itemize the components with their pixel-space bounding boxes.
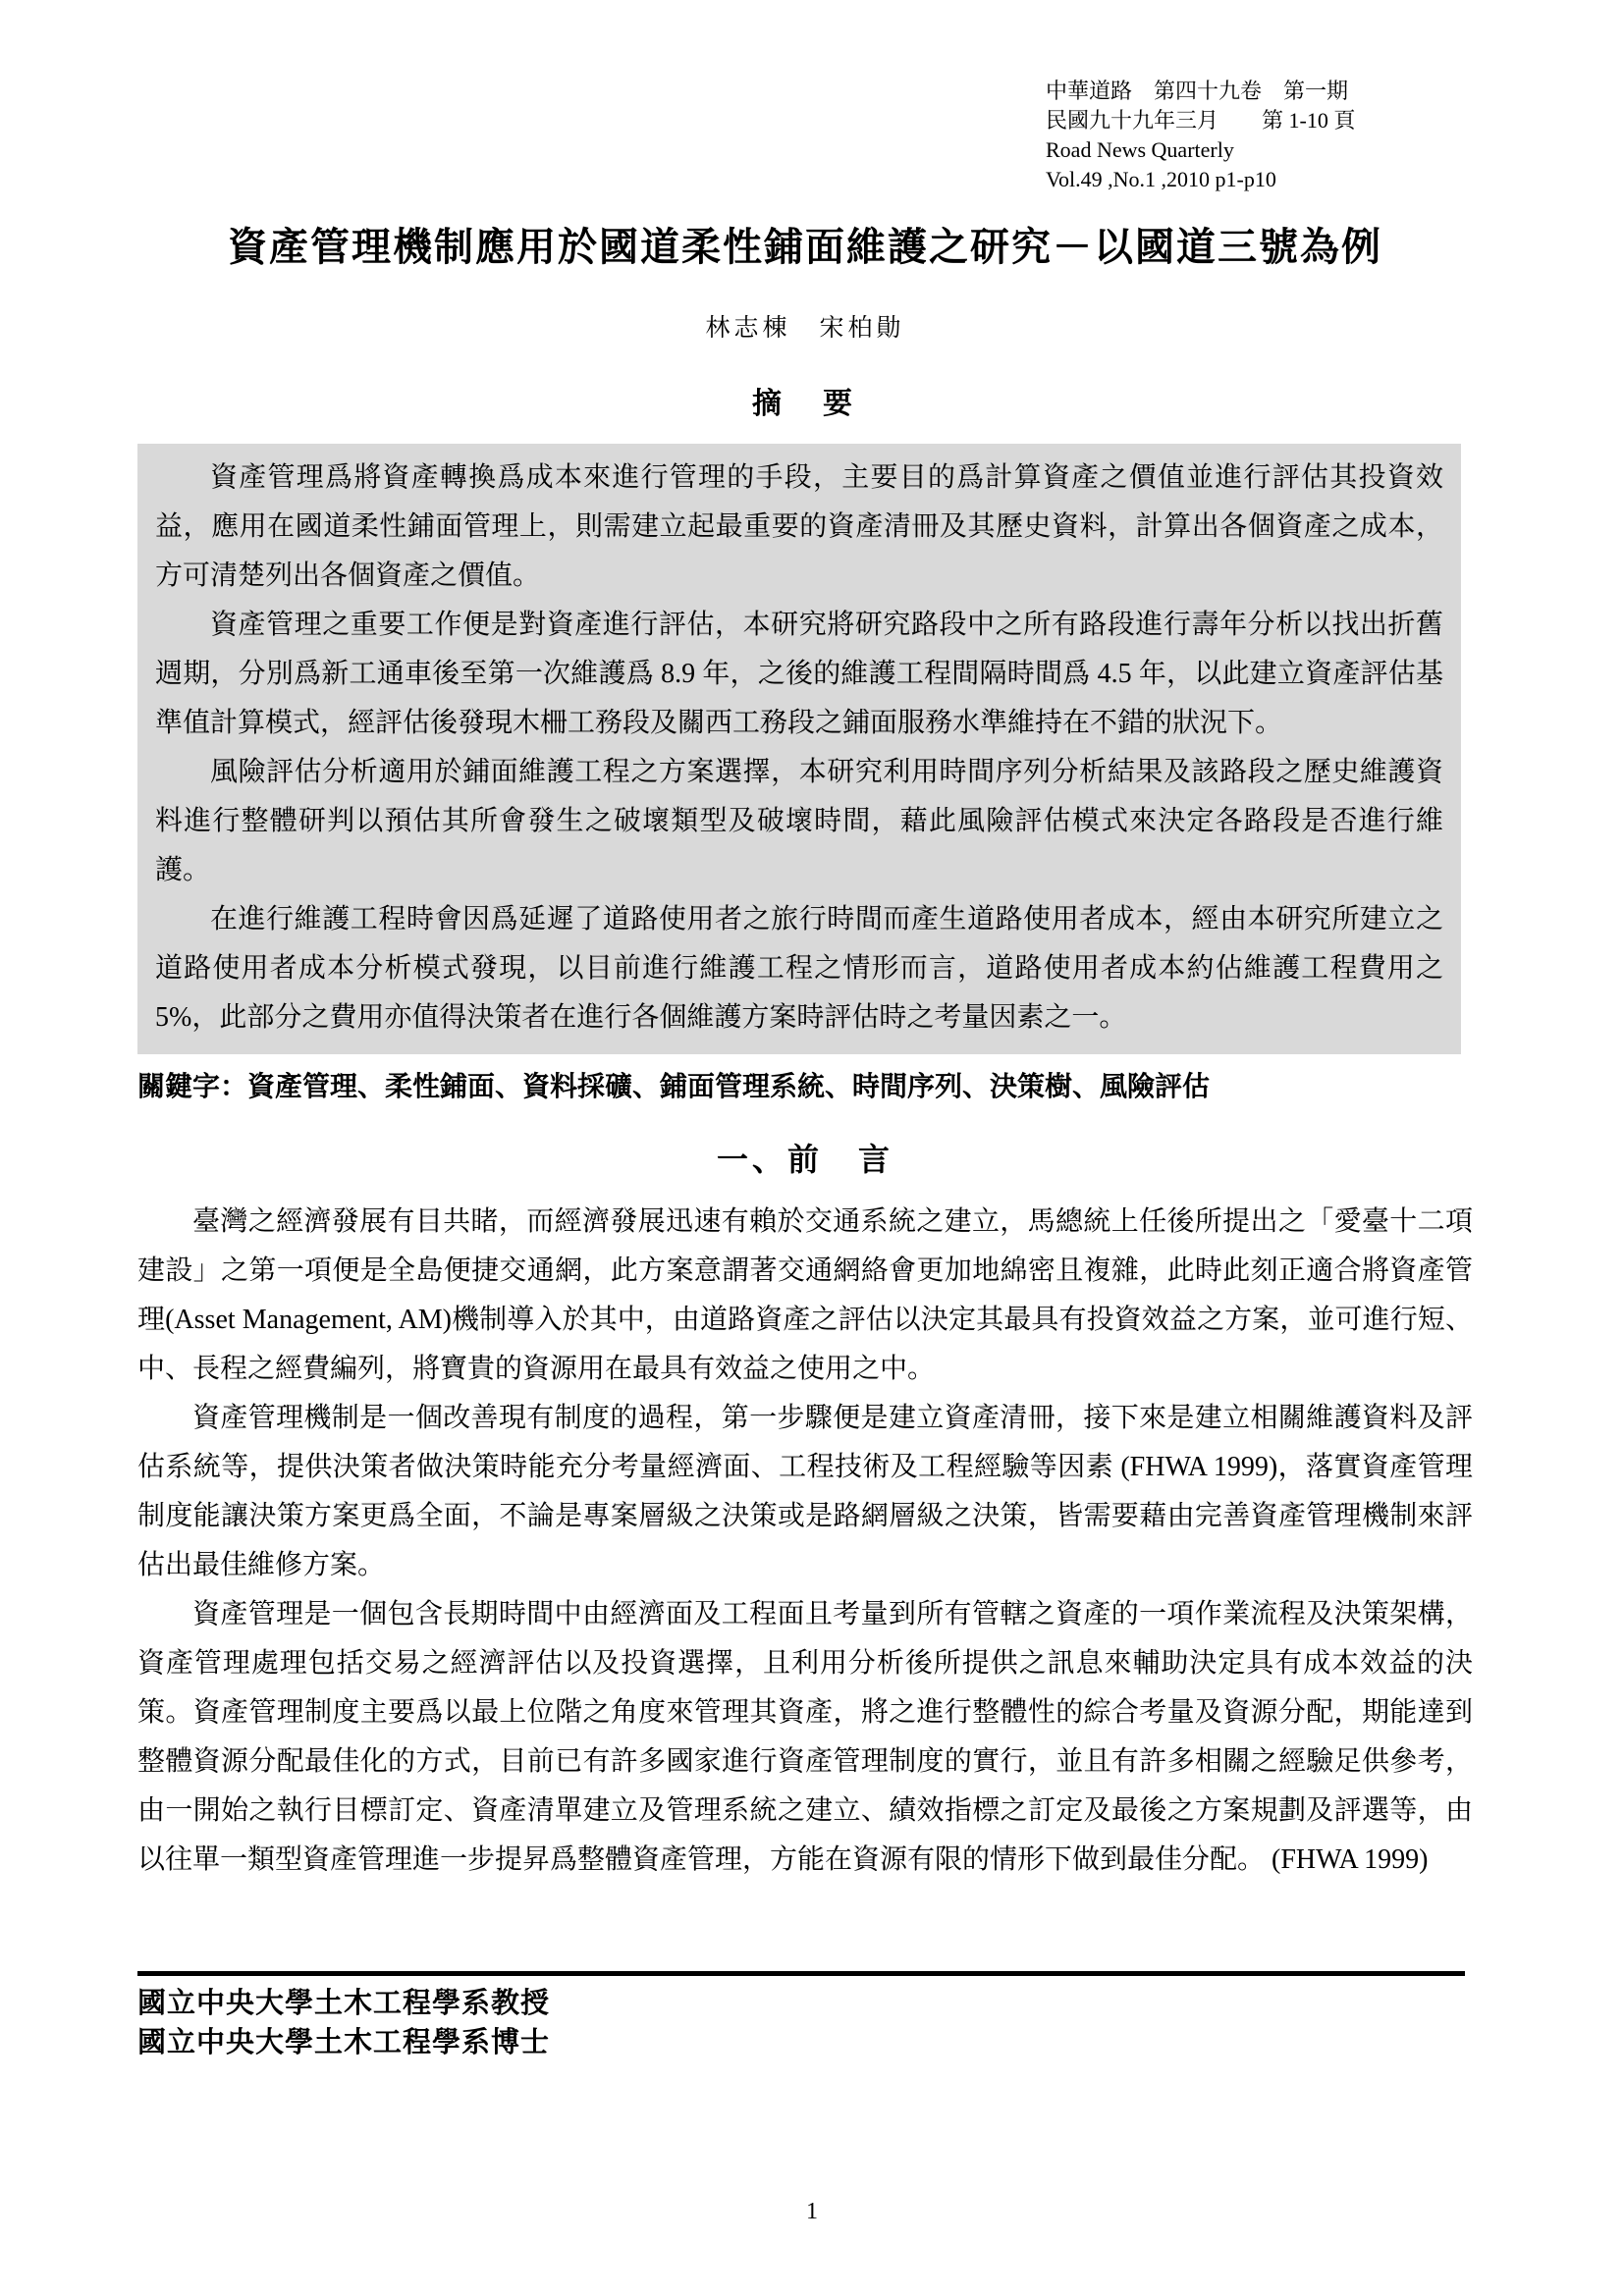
footnote-block: 國立中央大學土木工程學系教授 國立中央大學土木工程學系博士 xyxy=(137,1971,1473,2062)
introduction-paragraph-2: 資產管理機制是一個改善現有制度的過程，第一步驟便是建立資產清冊，接下來是建立相關… xyxy=(137,1394,1473,1590)
journal-header-line-3: Road News Quarterly xyxy=(1046,135,1473,165)
footnote-affiliation-2: 國立中央大學土木工程學系博士 xyxy=(137,2023,1473,2062)
paper-page: 中華道路 第四十九卷 第一期 民國九十九年三月 第 1-10 頁 Road Ne… xyxy=(0,0,1624,2296)
paper-title: 資產管理機制應用於國道柔性鋪面維護之研究－以國道三號為例 xyxy=(137,224,1473,271)
introduction-body: 臺灣之經濟發展有目共睹，而經濟發展迅速有賴於交通系統之建立，馬總統上任後所提出之… xyxy=(137,1198,1473,1885)
abstract-paragraph-4: 在進行維護工程時會因爲延遲了道路使用者之旅行時間而產生道路使用者成本，經由本研究… xyxy=(155,895,1443,1042)
journal-header-line-4: Vol.49 ,No.1 ,2010 p1-p10 xyxy=(1046,165,1473,194)
introduction-paragraph-1: 臺灣之經濟發展有目共睹，而經濟發展迅速有賴於交通系統之建立，馬總統上任後所提出之… xyxy=(137,1198,1473,1394)
journal-header: 中華道路 第四十九卷 第一期 民國九十九年三月 第 1-10 頁 Road Ne… xyxy=(1046,77,1473,194)
footnote-divider xyxy=(137,1971,1465,1976)
keywords-line: 關鍵字：資產管理、柔性鋪面、資料採礦、鋪面管理系統、時間序列、決策樹、風險評估 xyxy=(137,1066,1473,1109)
abstract-box: 資產管理爲將資產轉換爲成本來進行管理的手段，主要目的爲計算資產之價值並進行評估其… xyxy=(137,444,1461,1054)
introduction-paragraph-3: 資產管理是一個包含長期時間中由經濟面及工程面且考量到所有管轄之資產的一項作業流程… xyxy=(137,1590,1473,1885)
authors: 林志棟 宋柏勛 xyxy=(137,308,1473,344)
journal-header-line-2: 民國九十九年三月 第 1-10 頁 xyxy=(1046,106,1473,135)
abstract-paragraph-3: 風險評估分析適用於鋪面維護工程之方案選擇，本研究利用時間序列分析結果及該路段之歷… xyxy=(155,748,1443,895)
abstract-paragraph-1: 資產管理爲將資產轉換爲成本來進行管理的手段，主要目的爲計算資產之價值並進行評估其… xyxy=(155,454,1443,601)
abstract-paragraph-2: 資產管理之重要工作便是對資產進行評估，本研究將研究路段中之所有路段進行壽年分析以… xyxy=(155,601,1443,748)
abstract-heading: 摘 要 xyxy=(137,379,1473,422)
footnote-affiliation-1: 國立中央大學土木工程學系教授 xyxy=(137,1984,1473,2023)
journal-header-line-1: 中華道路 第四十九卷 第一期 xyxy=(1046,77,1473,106)
section-heading-introduction: 一、前 言 xyxy=(137,1135,1473,1180)
page-number: 1 xyxy=(0,2199,1624,2225)
